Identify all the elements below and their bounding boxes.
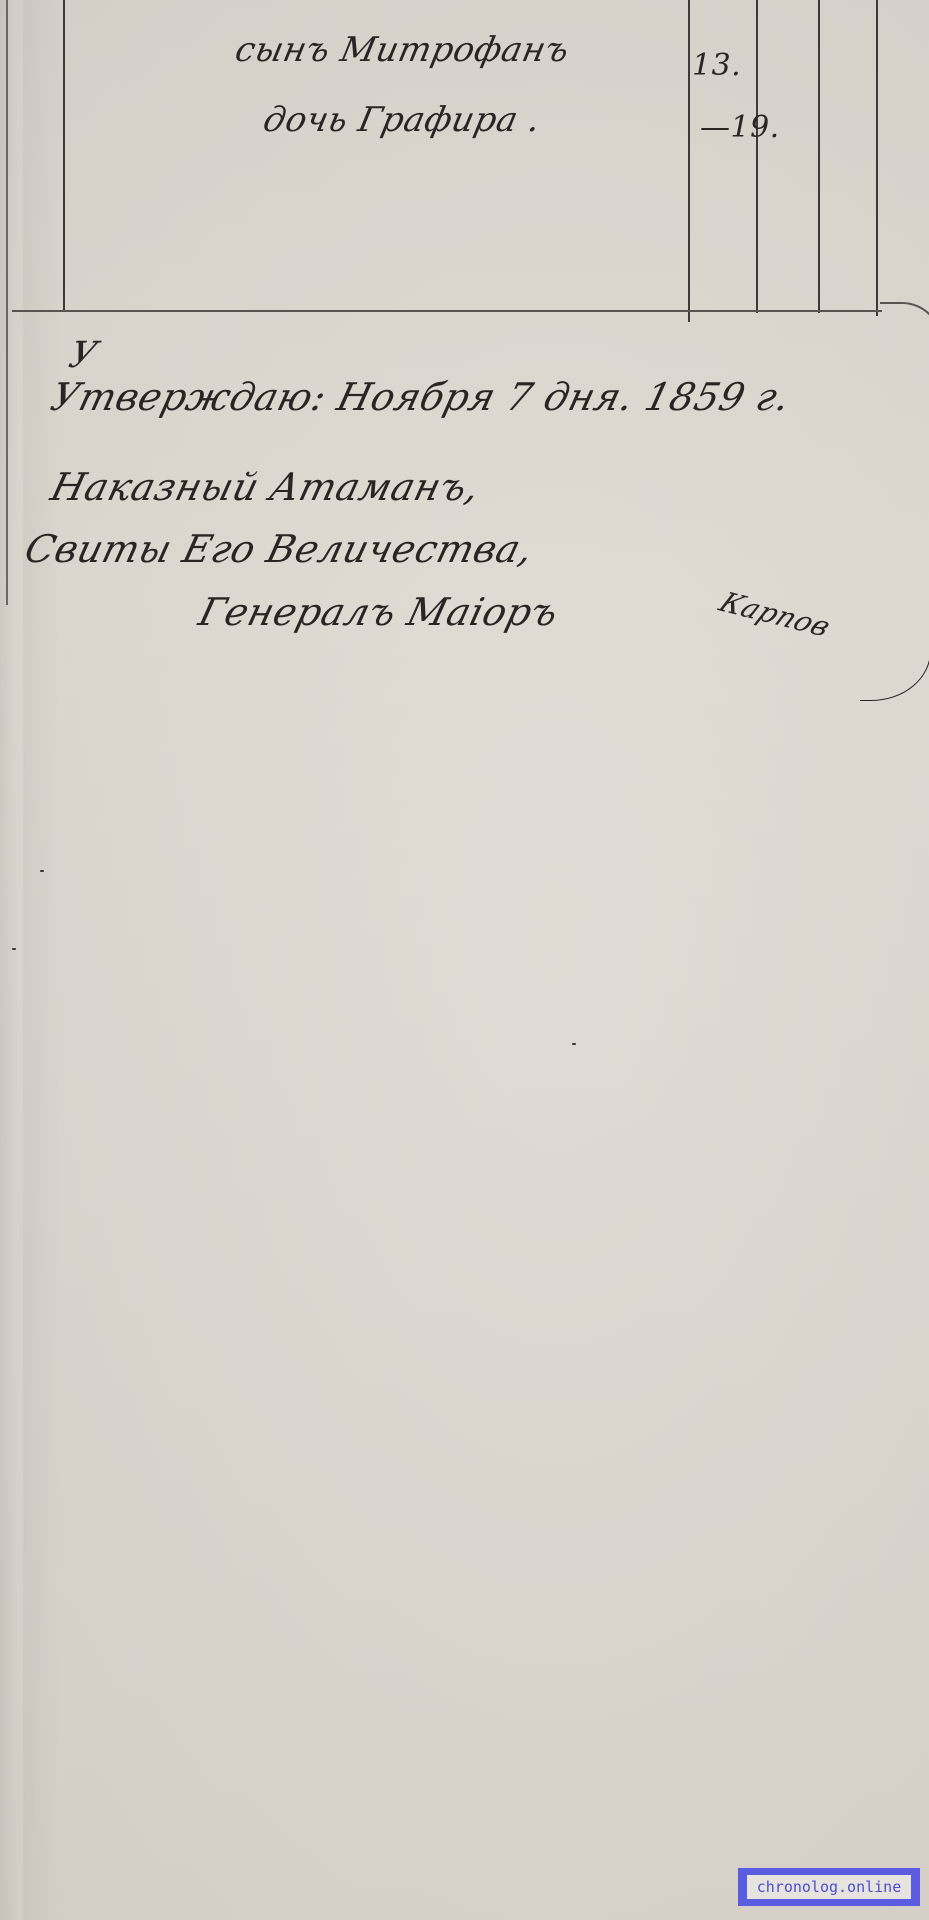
column-rule-1 bbox=[688, 0, 690, 322]
table-left-border bbox=[63, 0, 65, 310]
column-rule-3 bbox=[818, 0, 820, 313]
paper-speck bbox=[12, 948, 16, 950]
column-rule-4 bbox=[876, 0, 878, 316]
table-bottom-rule bbox=[12, 310, 882, 312]
column-rule-2 bbox=[756, 0, 758, 313]
watermark-text: chronolog.online bbox=[747, 1875, 911, 1899]
signature-flourish bbox=[860, 620, 929, 701]
watermark-badge: chronolog.online bbox=[738, 1868, 920, 1906]
approval-rank-line: Генералъ Маіоръ bbox=[195, 590, 563, 634]
table-row-number: 13. bbox=[692, 48, 741, 83]
approval-retinue-line: Свиты Его Величества, bbox=[21, 527, 538, 571]
approval-title-line: Наказный Атаманъ, bbox=[47, 465, 485, 509]
approval-initial: У bbox=[65, 335, 102, 376]
table-corner-curve bbox=[880, 302, 929, 344]
table-row-number: —19. bbox=[700, 110, 780, 145]
document-page: сынъ Митрофанъ 13. дочь Графира . —19. У… bbox=[0, 0, 929, 1920]
paper-speck bbox=[40, 870, 44, 872]
page-margin-line bbox=[6, 0, 8, 605]
approval-date-line: Утверждаю: Ноября 7 дня. 1859 г. bbox=[47, 375, 795, 419]
table-row-text: сынъ Митрофанъ bbox=[232, 30, 573, 70]
paper-speck bbox=[572, 1043, 576, 1045]
signature: Карпов bbox=[714, 586, 837, 643]
table-row-text: дочь Графира . bbox=[260, 100, 545, 140]
